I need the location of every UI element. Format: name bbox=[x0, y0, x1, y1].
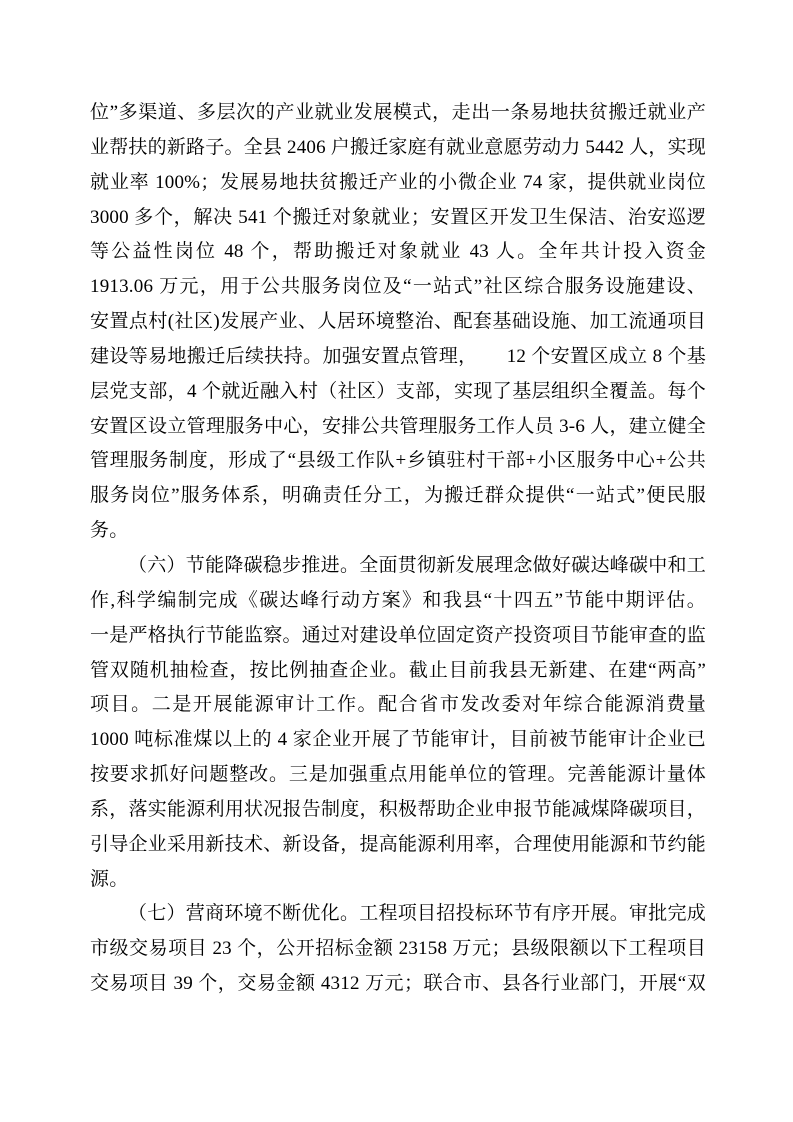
text-line: （七）营商环境不断优化。工程项目招投标环节有序开展。审批完成 bbox=[90, 897, 706, 932]
document-page: 位”多渠道、多层次的产业就业发展模式，走出一条易地扶贫搬迁就业产 业帮扶的新路子… bbox=[0, 0, 793, 1122]
text-line: 管理服务制度，形成了“县级工作队+乡镇驻村干部+小区服务中心+公共 bbox=[90, 444, 706, 479]
text-line: 管双随机抽检查，按比例抽查企业。截止目前我县无新建、在建“两高” bbox=[90, 654, 706, 689]
text-line: 交易项目 39 个，交易金额 4312 万元；联合市、县各行业部门，开展“双 bbox=[90, 967, 706, 1002]
text-line: 位”多渠道、多层次的产业就业发展模式，走出一条易地扶贫搬迁就业产 bbox=[90, 96, 706, 131]
text-line: 1913.06 万元，用于公共服务岗位及“一站式”社区综合服务设施建设、 bbox=[90, 270, 706, 305]
text-line: 按要求抓好问题整改。三是加强重点用能单位的管理。完善能源计量体 bbox=[90, 758, 706, 793]
paragraph-section-6: （六）节能降碳稳步推进。全面贯彻新发展理念做好碳达峰碳中和工 作,科学编制完成《… bbox=[90, 549, 706, 897]
text-line: 引导企业采用新技术、新设备，提高能源利用率，合理使用能源和节约能 bbox=[90, 828, 706, 863]
text-line: 就业率 100%；发展易地扶贫搬迁产业的小微企业 74 家，提供就业岗位 bbox=[90, 166, 706, 201]
text-line: 安置点村(社区)发展产业、人居环境整治、配套基础设施、加工流通项目 bbox=[90, 305, 706, 340]
text-line: 层党支部，4 个就近融入村（社区）支部，实现了基层组织全覆盖。每个 bbox=[90, 375, 706, 410]
text-line: 系，落实能源利用状况报告制度，积极帮助企业申报节能减煤降碳项目， bbox=[90, 793, 706, 828]
paragraph-section-7: （七）营商环境不断优化。工程项目招投标环节有序开展。审批完成 市级交易项目 23… bbox=[90, 897, 706, 1002]
text-line: 源。 bbox=[90, 863, 706, 898]
text-line: 安置区设立管理服务中心，安排公共管理服务工作人员 3-6 人，建立健全 bbox=[90, 410, 706, 445]
document-body: 位”多渠道、多层次的产业就业发展模式，走出一条易地扶贫搬迁就业产 业帮扶的新路子… bbox=[90, 96, 706, 1002]
text-line: 作,科学编制完成《碳达峰行动方案》和我县“十四五”节能中期评估。 bbox=[90, 584, 706, 619]
text-line: 市级交易项目 23 个，公开招标金额 23158 万元；县级限额以下工程项目 bbox=[90, 932, 706, 967]
text-line: 务。 bbox=[90, 514, 706, 549]
text-line: 1000 吨标准煤以上的 4 家企业开展了节能审计，目前被节能审计企业已 bbox=[90, 723, 706, 758]
text-line: 服务岗位”服务体系，明确责任分工，为搬迁群众提供“一站式”便民服 bbox=[90, 479, 706, 514]
text-line: 一是严格执行节能监察。通过对建设单位固定资产投资项目节能审查的监 bbox=[90, 619, 706, 654]
text-line: 3000 多个，解决 541 个搬迁对象就业；安置区开发卫生保洁、治安巡逻 bbox=[90, 201, 706, 236]
paragraph-continued: 位”多渠道、多层次的产业就业发展模式，走出一条易地扶贫搬迁就业产 业帮扶的新路子… bbox=[90, 96, 706, 549]
text-line: 项目。二是开展能源审计工作。配合省市发改委对年综合能源消费量 bbox=[90, 688, 706, 723]
text-line: 业帮扶的新路子。全县 2406 户搬迁家庭有就业意愿劳动力 5442 人，实现 bbox=[90, 131, 706, 166]
text-line: 等公益性岗位 48 个，帮助搬迁对象就业 43 人。全年共计投入资金 bbox=[90, 235, 706, 270]
text-line: 建设等易地搬迁后续扶持。加强安置点管理， 12 个安置区成立 8 个基 bbox=[90, 340, 706, 375]
text-line: （六）节能降碳稳步推进。全面贯彻新发展理念做好碳达峰碳中和工 bbox=[90, 549, 706, 584]
